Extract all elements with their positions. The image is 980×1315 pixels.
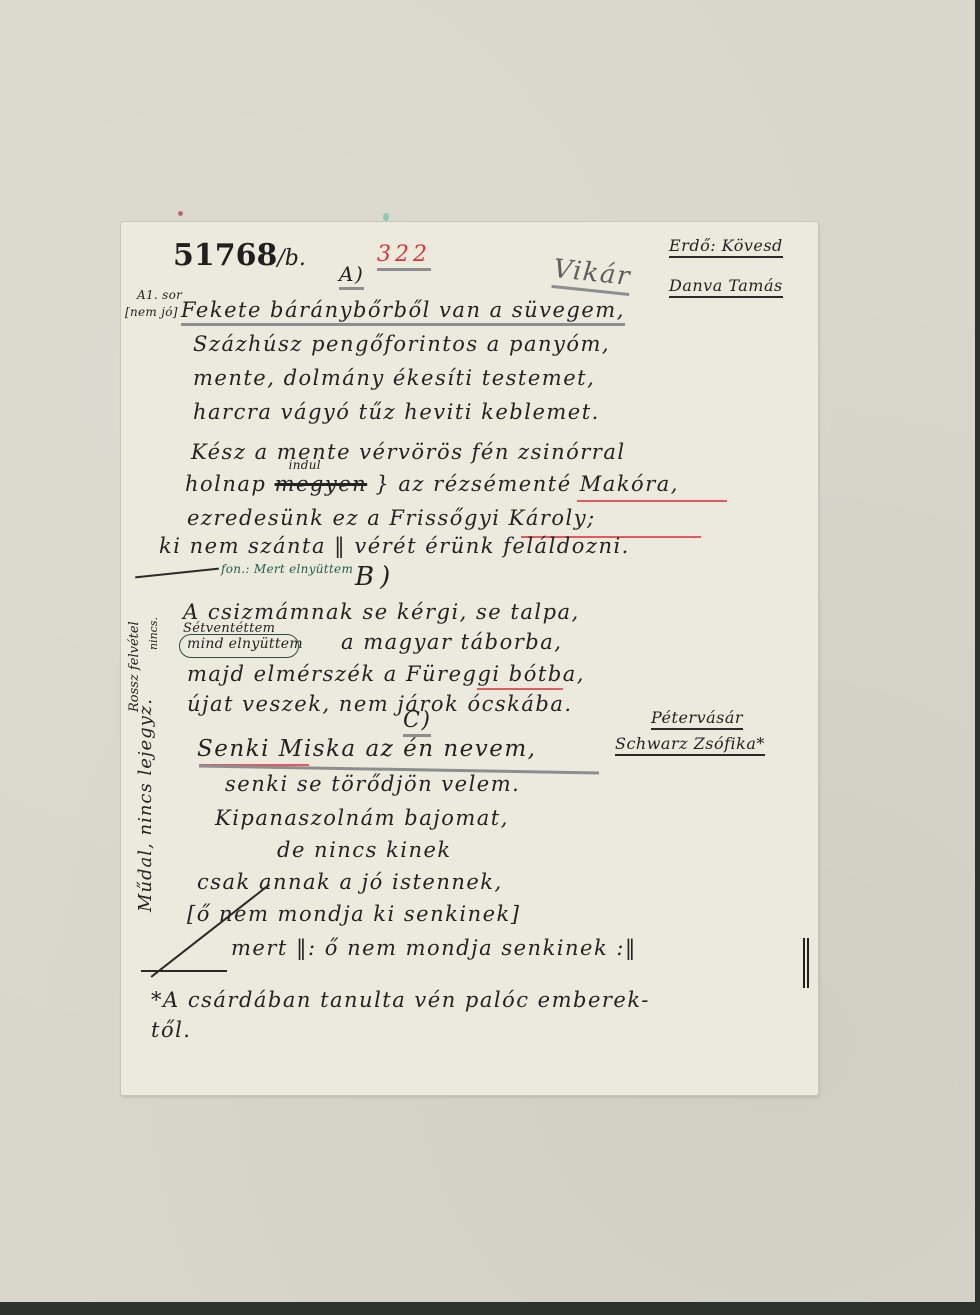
- variant-text: mind elnyüttem: [187, 636, 303, 652]
- repeat-bar: [803, 938, 805, 988]
- verse-line: ezredesünk ez a Frissőgyi Károly;: [187, 506, 596, 530]
- red-underline: [577, 500, 727, 502]
- catalog-number-value: 51768: [173, 238, 277, 273]
- stain-mark: [383, 213, 389, 221]
- verse-line: Kész a mente vérvörös fén zsinórral: [191, 440, 626, 464]
- footnote-line: től.: [151, 1018, 191, 1042]
- verse-line: senki se törődjön velem.: [225, 772, 520, 796]
- catalog-suffix: /b.: [277, 246, 306, 271]
- verse-line: holnap indul megyen } az rézsémenté Makó…: [185, 472, 679, 496]
- verse-line: ki nem szánta ‖ vérét érünk feláldozni.: [159, 534, 630, 558]
- insertion-note: indul: [289, 458, 321, 472]
- verse-line: csak annak a jó istennek,: [197, 870, 503, 894]
- verse-line: majd elmérszék a Füreggi bótba,: [187, 662, 585, 686]
- verse-line: a magyar táborba,: [341, 630, 562, 654]
- verse-words: } az rézsémenté Makóra,: [375, 472, 679, 496]
- verse-line: [ő nem mondja ki senkinek]: [187, 902, 520, 926]
- verse-line: mente, dolmány ékesíti testemet,: [193, 366, 595, 390]
- verse-word: holnap: [185, 472, 266, 496]
- verse-line: Fekete báránybőrből van a süvegem,: [181, 298, 625, 326]
- red-page-number: 322: [377, 242, 431, 271]
- verse-line: újat veszek, nem járok ócskába.: [187, 692, 573, 716]
- verse-line: Százhúsz pengőforintos a panyóm,: [193, 332, 610, 356]
- repeat-bar: [807, 938, 809, 988]
- margin-pointer-line: [135, 568, 219, 578]
- attribution-place: Pétervásár: [651, 708, 743, 730]
- verse-line: de nincs kinek: [277, 838, 452, 862]
- stain-mark: [178, 211, 183, 216]
- section-c-label: C): [403, 708, 431, 737]
- collector-name: Vikár: [551, 254, 632, 296]
- source-location: Erdő: Kövesd: [669, 236, 783, 258]
- verse-line: Kipanaszolnám bajomat,: [215, 806, 509, 830]
- singer-name: Danva Tamás: [669, 276, 783, 298]
- vertical-margin-note: nincs.: [147, 617, 160, 650]
- catalog-number: 51768/b.: [173, 238, 306, 273]
- attribution-person: Schwarz Zsófika*: [615, 734, 765, 756]
- verse-line: harcra vágyó tűz heviti keblemet.: [193, 400, 600, 424]
- vertical-margin-note: Műdal, nincs lejegyz.: [135, 698, 156, 912]
- green-variant-note: fon.: Mert elnyüttem: [221, 562, 353, 576]
- margin-note-line: A1. sor: [137, 288, 182, 302]
- margin-note-bad: [nem jó]: [125, 305, 178, 319]
- red-underline: [477, 688, 563, 690]
- verse-line-title: Senki Miska az én nevem,: [197, 736, 536, 762]
- section-b-label: B): [355, 562, 396, 592]
- verse-line: mert ‖: ő nem mondja senkinek :‖: [231, 936, 637, 960]
- section-a-label: A): [339, 262, 364, 290]
- struck-word: megyen: [275, 472, 368, 496]
- manuscript-card: 51768/b. 322 Vikár Erdő: Kövesd Danva Ta…: [121, 222, 818, 1095]
- diagonal-stroke: [151, 884, 270, 978]
- footnote-separator: [141, 970, 227, 972]
- footnote-line: *A csárdában tanulta vén palóc emberek-: [151, 988, 650, 1012]
